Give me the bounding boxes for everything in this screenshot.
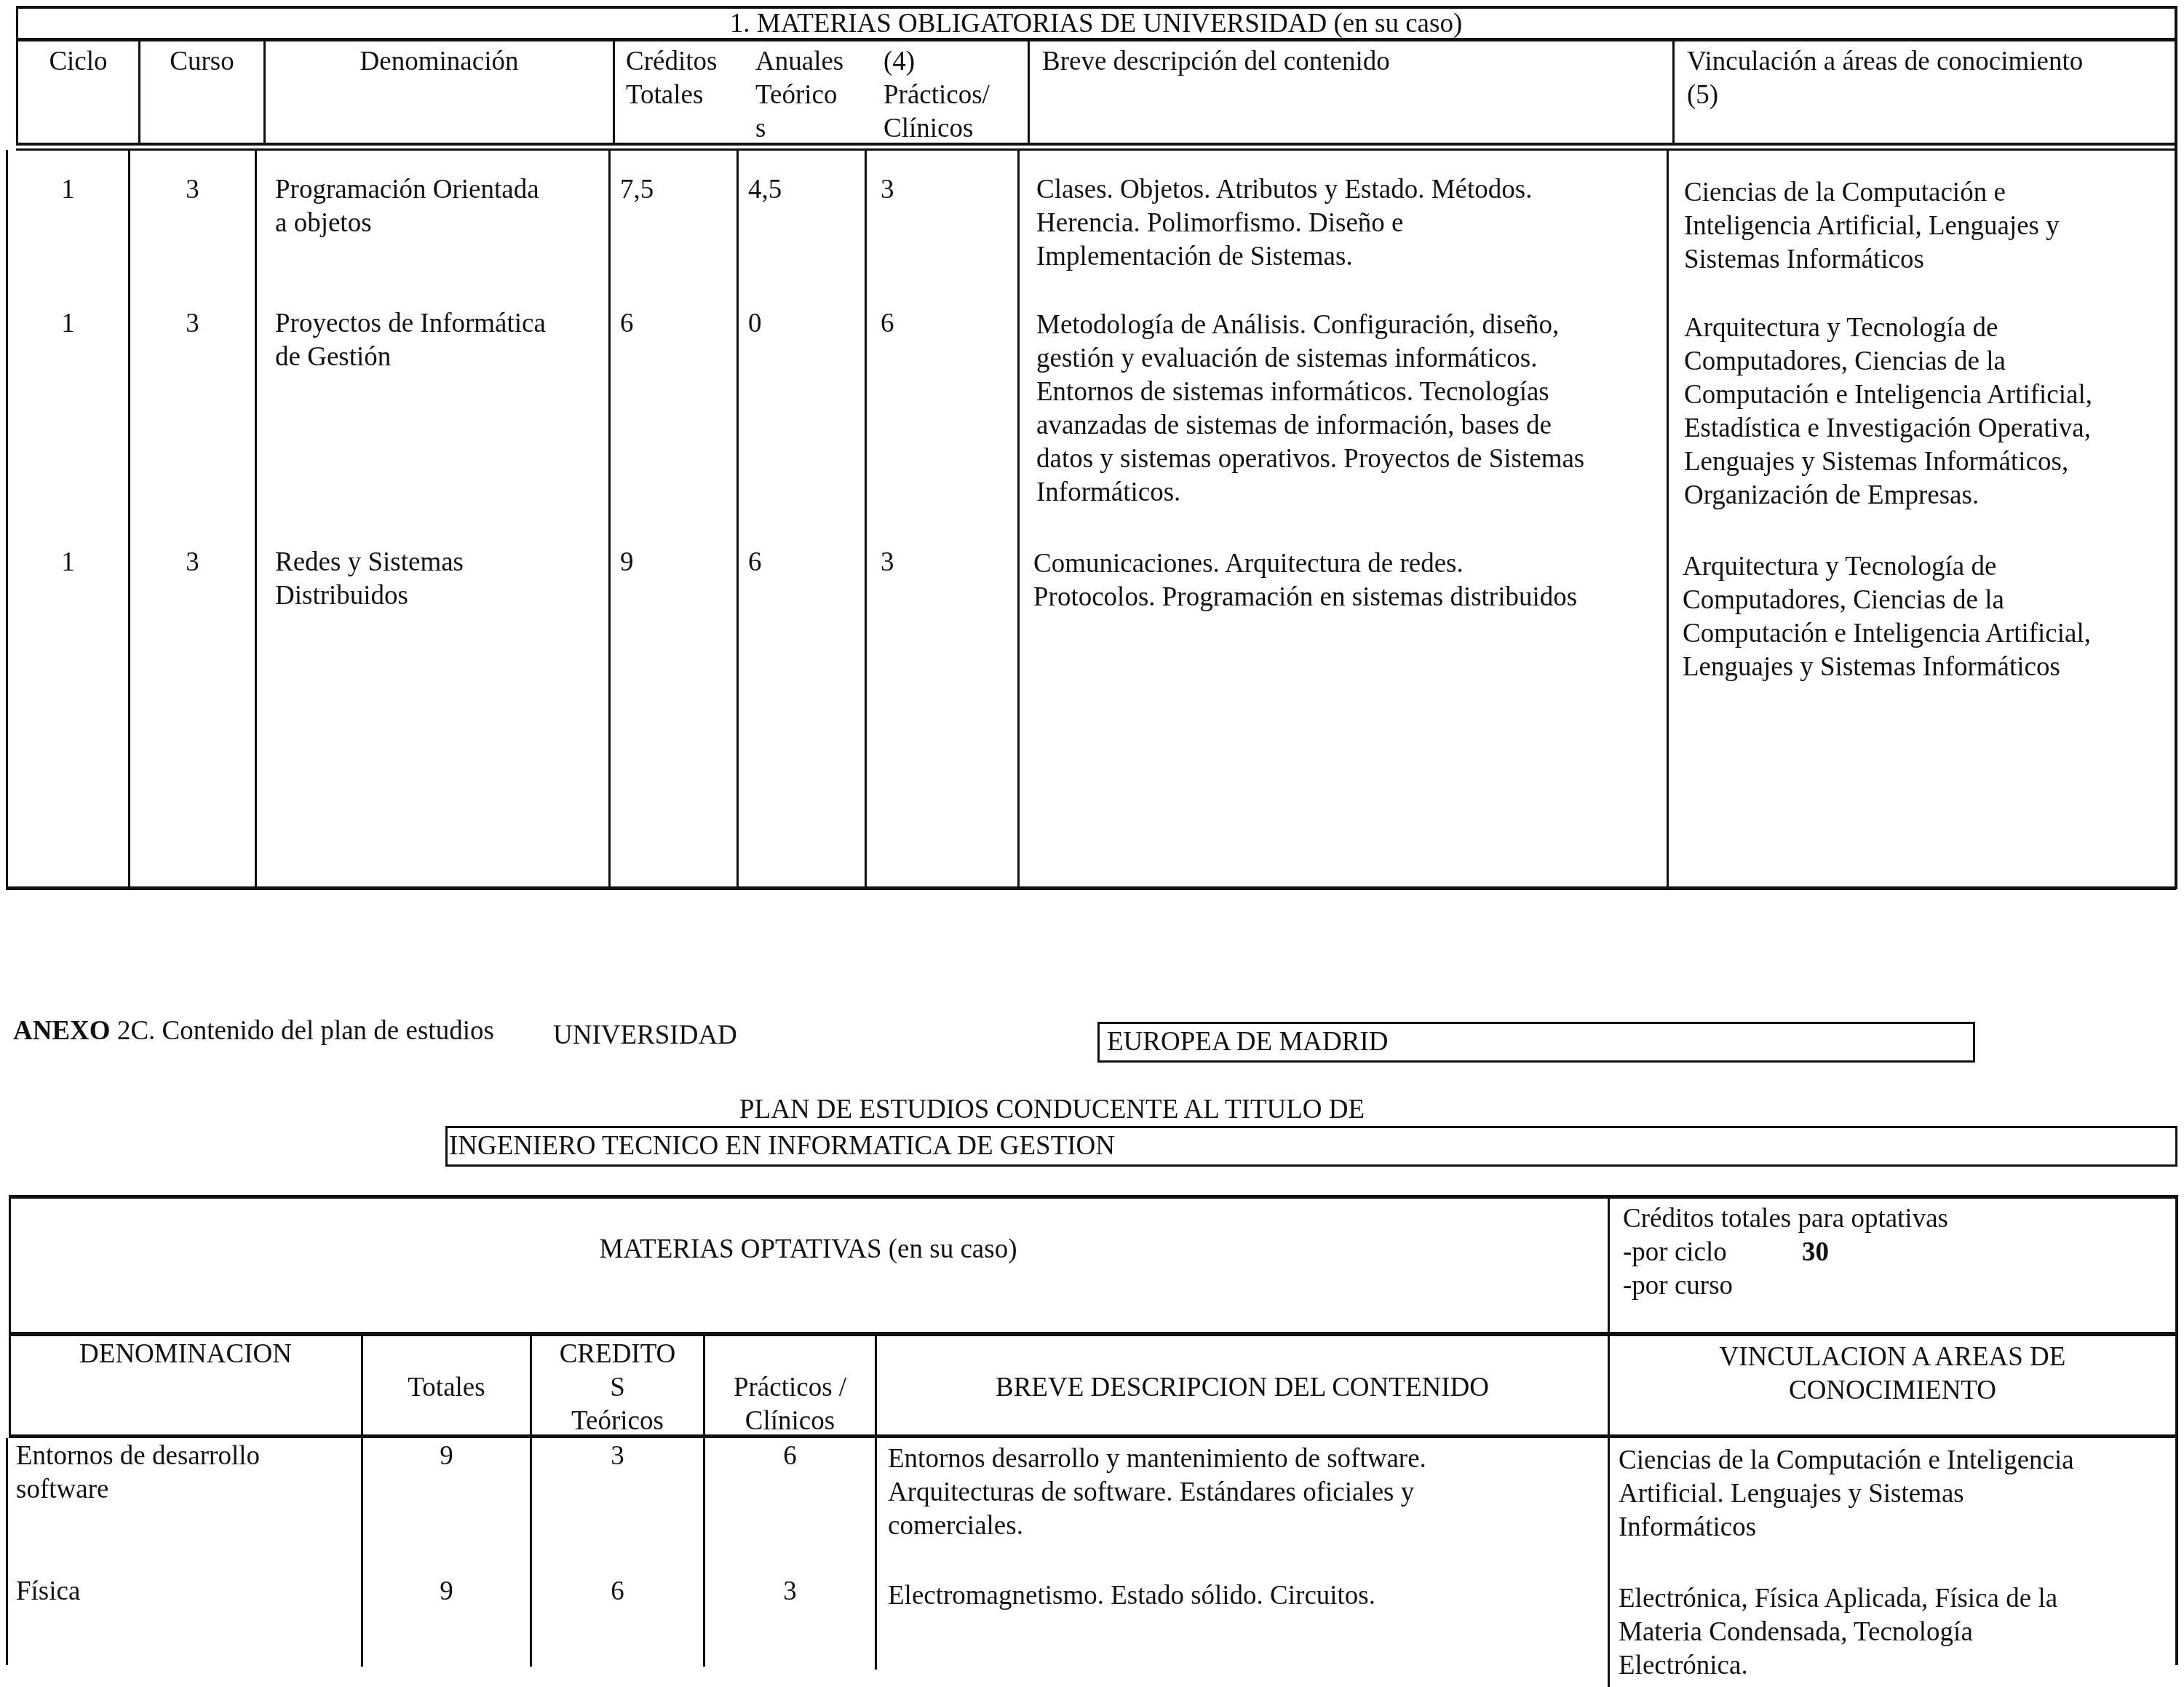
cell-vinculacion: Electrónica, Física Aplicada, Física de …: [1619, 1582, 2172, 1683]
header-creditos-teoricos: Anuales Teórico s: [755, 45, 879, 146]
cell-ciclo: 1: [8, 546, 128, 579]
universidad-box: EUROPEA DE MADRID: [1097, 1022, 1975, 1063]
titulo-box: INGENIERO TECNICO EN INFORMATICA DE GEST…: [445, 1126, 2177, 1167]
column-divider: [128, 150, 130, 888]
cell-teoricos: 3: [532, 1440, 703, 1473]
obligatorias-title: 1. MATERIAS OBLIGATORIAS DE UNIVERSIDAD …: [16, 7, 2176, 41]
header-ciclo: Ciclo: [18, 45, 138, 79]
cell-teoricos: 0: [748, 307, 857, 341]
header-curso: Curso: [140, 45, 263, 79]
por-ciclo-label: -por ciclo: [1623, 1236, 1768, 1269]
universidad-label: UNIVERSIDAD: [553, 1019, 844, 1052]
cell-descripcion: Clases. Objetos. Atributos y Estado. Mét…: [1036, 173, 1669, 274]
cell-teoricos: 4,5: [748, 173, 857, 207]
cell-totales: 9: [363, 1440, 530, 1473]
column-divider: [1608, 1195, 1610, 1333]
header-totales: Totales: [363, 1371, 530, 1405]
header-creditos-totales: Créditos Totales: [626, 45, 750, 112]
anexo-label-rest: 2C. Contenido del plan de estudios: [111, 1016, 494, 1046]
cell-practicos: 6: [881, 307, 1012, 341]
cell-ciclo: 1: [8, 173, 128, 207]
header-denominacion: DENOMINACION: [11, 1338, 360, 1371]
cell-vinculacion: Ciencias de la Computación e Inteligenci…: [1619, 1444, 2172, 1544]
column-divider: [1672, 41, 1675, 144]
table-border: [9, 1195, 11, 1435]
header-practicos: Prácticos / Clínicos: [705, 1371, 875, 1438]
cell-denominacion: Redes y Sistemas Distribuidos: [275, 546, 610, 613]
header-vinculacion: VINCULACION A AREAS DE CONOCIMIENTO: [1610, 1341, 2175, 1408]
table-border: [6, 886, 2176, 890]
titulo-value: INGENIERO TECNICO EN INFORMATICA DE GEST…: [449, 1130, 2123, 1163]
table-border: [6, 150, 8, 889]
cell-totales: 7,5: [620, 173, 729, 207]
header-descripcion: BREVE DESCRIPCION DEL CONTENIDO: [877, 1371, 1608, 1405]
column-divider: [1028, 41, 1030, 144]
cell-practicos: 3: [881, 173, 1012, 207]
header-denominacion: Denominación: [266, 45, 613, 79]
cell-vinculacion: Arquitectura y Tecnología de Computadore…: [1683, 550, 2175, 684]
header-teoricos: CREDITO S Teóricos: [532, 1338, 703, 1438]
cell-practicos: 3: [881, 546, 1012, 579]
cell-teoricos: 6: [532, 1575, 703, 1608]
cell-teoricos: 6: [748, 546, 857, 579]
cell-practicos: 3: [705, 1575, 875, 1608]
header-creditos-practicos: (4) Prácticos/ Clínicos: [883, 45, 1022, 146]
cell-denominacion: Proyectos de Informática de Gestión: [275, 307, 610, 374]
cell-curso: 3: [130, 173, 255, 207]
cell-curso: 3: [130, 307, 255, 341]
column-divider: [613, 41, 615, 144]
table-border: [16, 148, 2176, 151]
table-border: [6, 1438, 8, 1665]
table-border: [9, 1332, 2177, 1336]
cell-descripcion: Metodología de Análisis. Configuración, …: [1036, 309, 1669, 509]
table-border: [9, 1195, 2177, 1199]
cell-descripcion: Electromagnetismo. Estado sólido. Circui…: [888, 1579, 1601, 1613]
cell-totales: 9: [363, 1575, 530, 1608]
column-divider: [1017, 150, 1020, 888]
universidad-value: EUROPEA DE MADRID: [1107, 1025, 1966, 1059]
cell-totales: 6: [620, 307, 729, 341]
column-divider: [255, 150, 257, 888]
cell-vinculacion: Arquitectura y Tecnología de Computadore…: [1684, 311, 2172, 512]
cell-totales: 9: [620, 546, 729, 579]
anexo-label-bold: ANEXO: [13, 1016, 111, 1046]
creditos-totales-label: Créditos totales para optativas: [1623, 1202, 2161, 1236]
plan-label: PLAN DE ESTUDIOS CONDUCENTE AL TITULO DE: [739, 1093, 1467, 1127]
cell-descripcion: Comunicaciones. Arquitectura de redes. P…: [1033, 547, 1674, 614]
column-divider: [865, 150, 867, 888]
cell-denominacion: Entornos de desarrollo software: [16, 1440, 358, 1507]
cell-curso: 3: [130, 546, 255, 579]
column-divider: [736, 150, 739, 888]
cell-denominacion: Programación Orientada a objetos: [275, 173, 610, 240]
cell-practicos: 6: [705, 1440, 875, 1473]
optativas-title: MATERIAS OPTATIVAS (en su caso): [9, 1233, 1608, 1266]
cell-descripcion: Entornos desarrollo y mantenimiento de s…: [888, 1442, 1601, 1543]
cell-denominacion: Física: [16, 1575, 358, 1608]
column-divider: [608, 150, 611, 888]
table-border: [2175, 6, 2177, 889]
cell-vinculacion: Ciencias de la Computación e Inteligenci…: [1684, 176, 2172, 277]
table-border: [16, 143, 2176, 146]
por-curso-label: -por curso: [1623, 1269, 1841, 1303]
table-border: [9, 1434, 2177, 1438]
cell-ciclo: 1: [8, 307, 128, 341]
header-descripcion: Breve descripción del contenido: [1042, 45, 1668, 79]
table-border: [2175, 1195, 2178, 1665]
por-ciclo-value: 30: [1802, 1236, 1875, 1269]
header-vinculacion: Vinculación a áreas de conocimiento (5): [1687, 45, 2175, 112]
